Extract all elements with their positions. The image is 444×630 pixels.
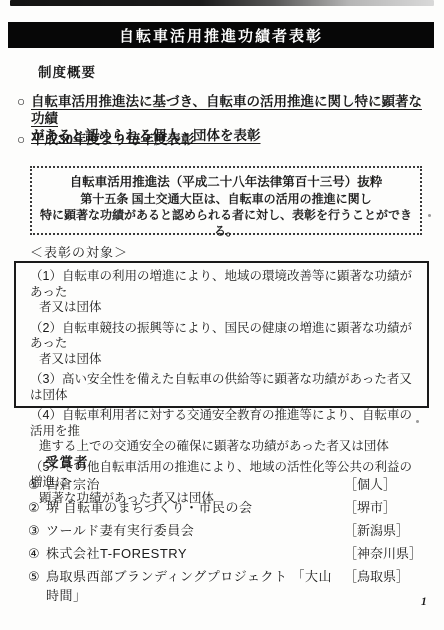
recipients-heading: 受賞者 <box>45 451 89 471</box>
award-target-4-line-1: （4）自転車利用者に対する交通安全教育の推進等により、自転車の活用を推 <box>30 408 417 439</box>
award-target-item: （3）高い安全性を備えた自転車の供給等に顕著な功績があった者又は団体 <box>30 372 417 403</box>
circled-number-icon: ④ <box>28 546 46 562</box>
recipient-region: ［神奈川県］ <box>344 543 430 562</box>
award-target-2-line-1: （2）自転車競技の振興等により、国民の健康の増進に顕著な功績があった <box>30 321 417 352</box>
document-page: 自転車活用推進功績者表彰 制度概要 ○ 自転車活用推進法に基づき、自転車の活用推… <box>0 0 444 630</box>
recipient-row: ② 堺 自転車のまちづくり・市民の会 ［堺市］ <box>28 497 430 517</box>
law-excerpt-box: 自転車活用推進法（平成二十八年法律第百十三号）抜粋 第十五条 国土交通大臣は、自… <box>30 166 422 235</box>
recipients-list: ① 古倉宗治 ［個人］ ② 堺 自転車のまちづくり・市民の会 ［堺市］ ③ ツー… <box>28 474 430 589</box>
scan-speck <box>428 214 431 217</box>
recipient-name: ツールド妻有実行委員会 <box>46 520 344 539</box>
award-target-2-line-2: 者又は団体 <box>30 352 417 368</box>
title-bar: 自転車活用推進功績者表彰 <box>8 22 434 48</box>
circle-bullet-icon: ○ <box>17 131 31 148</box>
recipient-name: 鳥取県西部ブランディングプロジェクト 「大山時間」 <box>46 566 344 604</box>
overview-bullet-2-text: 平成30年度より毎年度表彰 <box>31 131 195 148</box>
recipient-row: ④ 株式会社T-FORESTRY ［神奈川県］ <box>28 543 430 563</box>
recipient-region: ［鳥取県］ <box>344 566 430 585</box>
award-target-1-line-1: （1）自転車の利用の増進により、地域の環境改善等に顕著な功績があった <box>30 269 417 300</box>
law-excerpt-title: 自転車活用推進法（平成二十八年法律第百十三号）抜粋 <box>32 173 420 191</box>
recipient-row: ① 古倉宗治 ［個人］ <box>28 474 430 494</box>
recipient-row: ③ ツールド妻有実行委員会 ［新潟県］ <box>28 520 430 540</box>
award-targets-heading: ＜表彰の対象＞ <box>30 242 128 261</box>
scan-artifact-streak <box>10 0 434 6</box>
circled-number-icon: ② <box>28 500 46 516</box>
award-target-item: （2）自転車競技の振興等により、国民の健康の増進に顕著な功績があった 者又は団体 <box>30 321 417 368</box>
award-target-3-line-1: （3）高い安全性を備えた自転車の供給等に顕著な功績があった者又は団体 <box>30 372 417 403</box>
law-excerpt-line-2: 特に顕著な功績があると認められる者に対し、表彰を行うことができる。 <box>32 207 420 239</box>
award-target-item: （4）自転車利用者に対する交通安全教育の推進等により、自転車の活用を推 進する上… <box>30 408 417 455</box>
recipient-name: 堺 自転車のまちづくり・市民の会 <box>46 497 344 516</box>
award-targets-box: （1）自転車の利用の増進により、地域の環境改善等に顕著な功績があった 者又は団体… <box>14 261 429 408</box>
circled-number-icon: ① <box>28 477 46 493</box>
recipient-row: ⑤ 鳥取県西部ブランディングプロジェクト 「大山時間」 ［鳥取県］ <box>28 566 430 586</box>
overview-heading: 制度概要 <box>38 61 96 81</box>
overview-bullet-2: ○ 平成30年度より毎年度表彰 <box>17 131 431 148</box>
circled-number-icon: ③ <box>28 523 46 539</box>
page-title: 自転車活用推進功績者表彰 <box>119 25 323 46</box>
recipient-name: 株式会社T-FORESTRY <box>46 543 344 562</box>
award-target-item: （1）自転車の利用の増進により、地域の環境改善等に顕著な功績があった 者又は団体 <box>30 269 417 316</box>
page-number: 1 <box>421 596 427 608</box>
overview-bullet-1-line-1: 自転車活用推進法に基づき、自転車の活用推進に関し特に顕著な功績 <box>31 93 431 127</box>
recipient-region: ［堺市］ <box>344 497 430 516</box>
law-excerpt-line-1: 第十五条 国土交通大臣は、自転車の活用の推進に関し <box>32 191 420 207</box>
recipient-region: ［個人］ <box>344 474 430 493</box>
recipient-name: 古倉宗治 <box>46 474 344 493</box>
award-target-1-line-2: 者又は団体 <box>30 300 417 316</box>
recipient-region: ［新潟県］ <box>344 520 430 539</box>
circled-number-icon: ⑤ <box>28 569 46 585</box>
